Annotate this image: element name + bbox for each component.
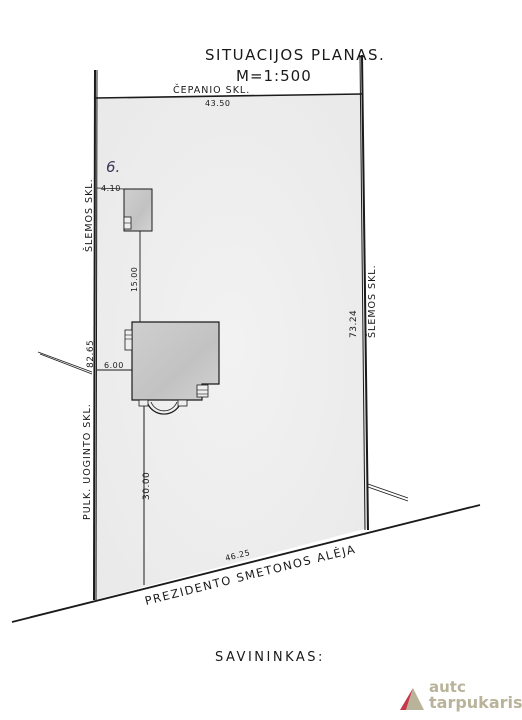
plan-scale: M=1:500 [236,67,312,85]
dim-house-to-street: 30.00 [142,472,152,500]
dim-left-length: 82.65 [86,340,96,368]
owner-label: SAVININKAS: [215,650,325,665]
outbuilding [124,189,152,231]
dim-top-width: 43.50 [205,99,230,108]
street-top: ČEPANIO SKL. [173,84,250,96]
site-plan-drawing: SITUACIJOS PLANAS. M=1:500 ČEPANIO SKL. … [0,0,522,720]
dim-outbuilding-offset: 4.10 [101,184,121,193]
street-left-upper: ŠLEMOS SKL. [83,178,95,252]
plan-title: SITUACIJOS PLANAS. [205,46,385,64]
dim-house-side-offset: 6.00 [104,361,124,370]
dim-house-to-outbuilding: 15.00 [130,267,139,292]
lot-number: 6. [106,158,120,176]
street-right: ŠLEMOS SKL. [366,264,378,338]
watermark: autc tarpukaris [397,680,522,720]
street-left-lower: PULK. UOGINTO SKL. [82,403,93,520]
watermark-line2: tarpukaris [429,695,522,711]
dim-right-length: 73.24 [349,310,359,338]
